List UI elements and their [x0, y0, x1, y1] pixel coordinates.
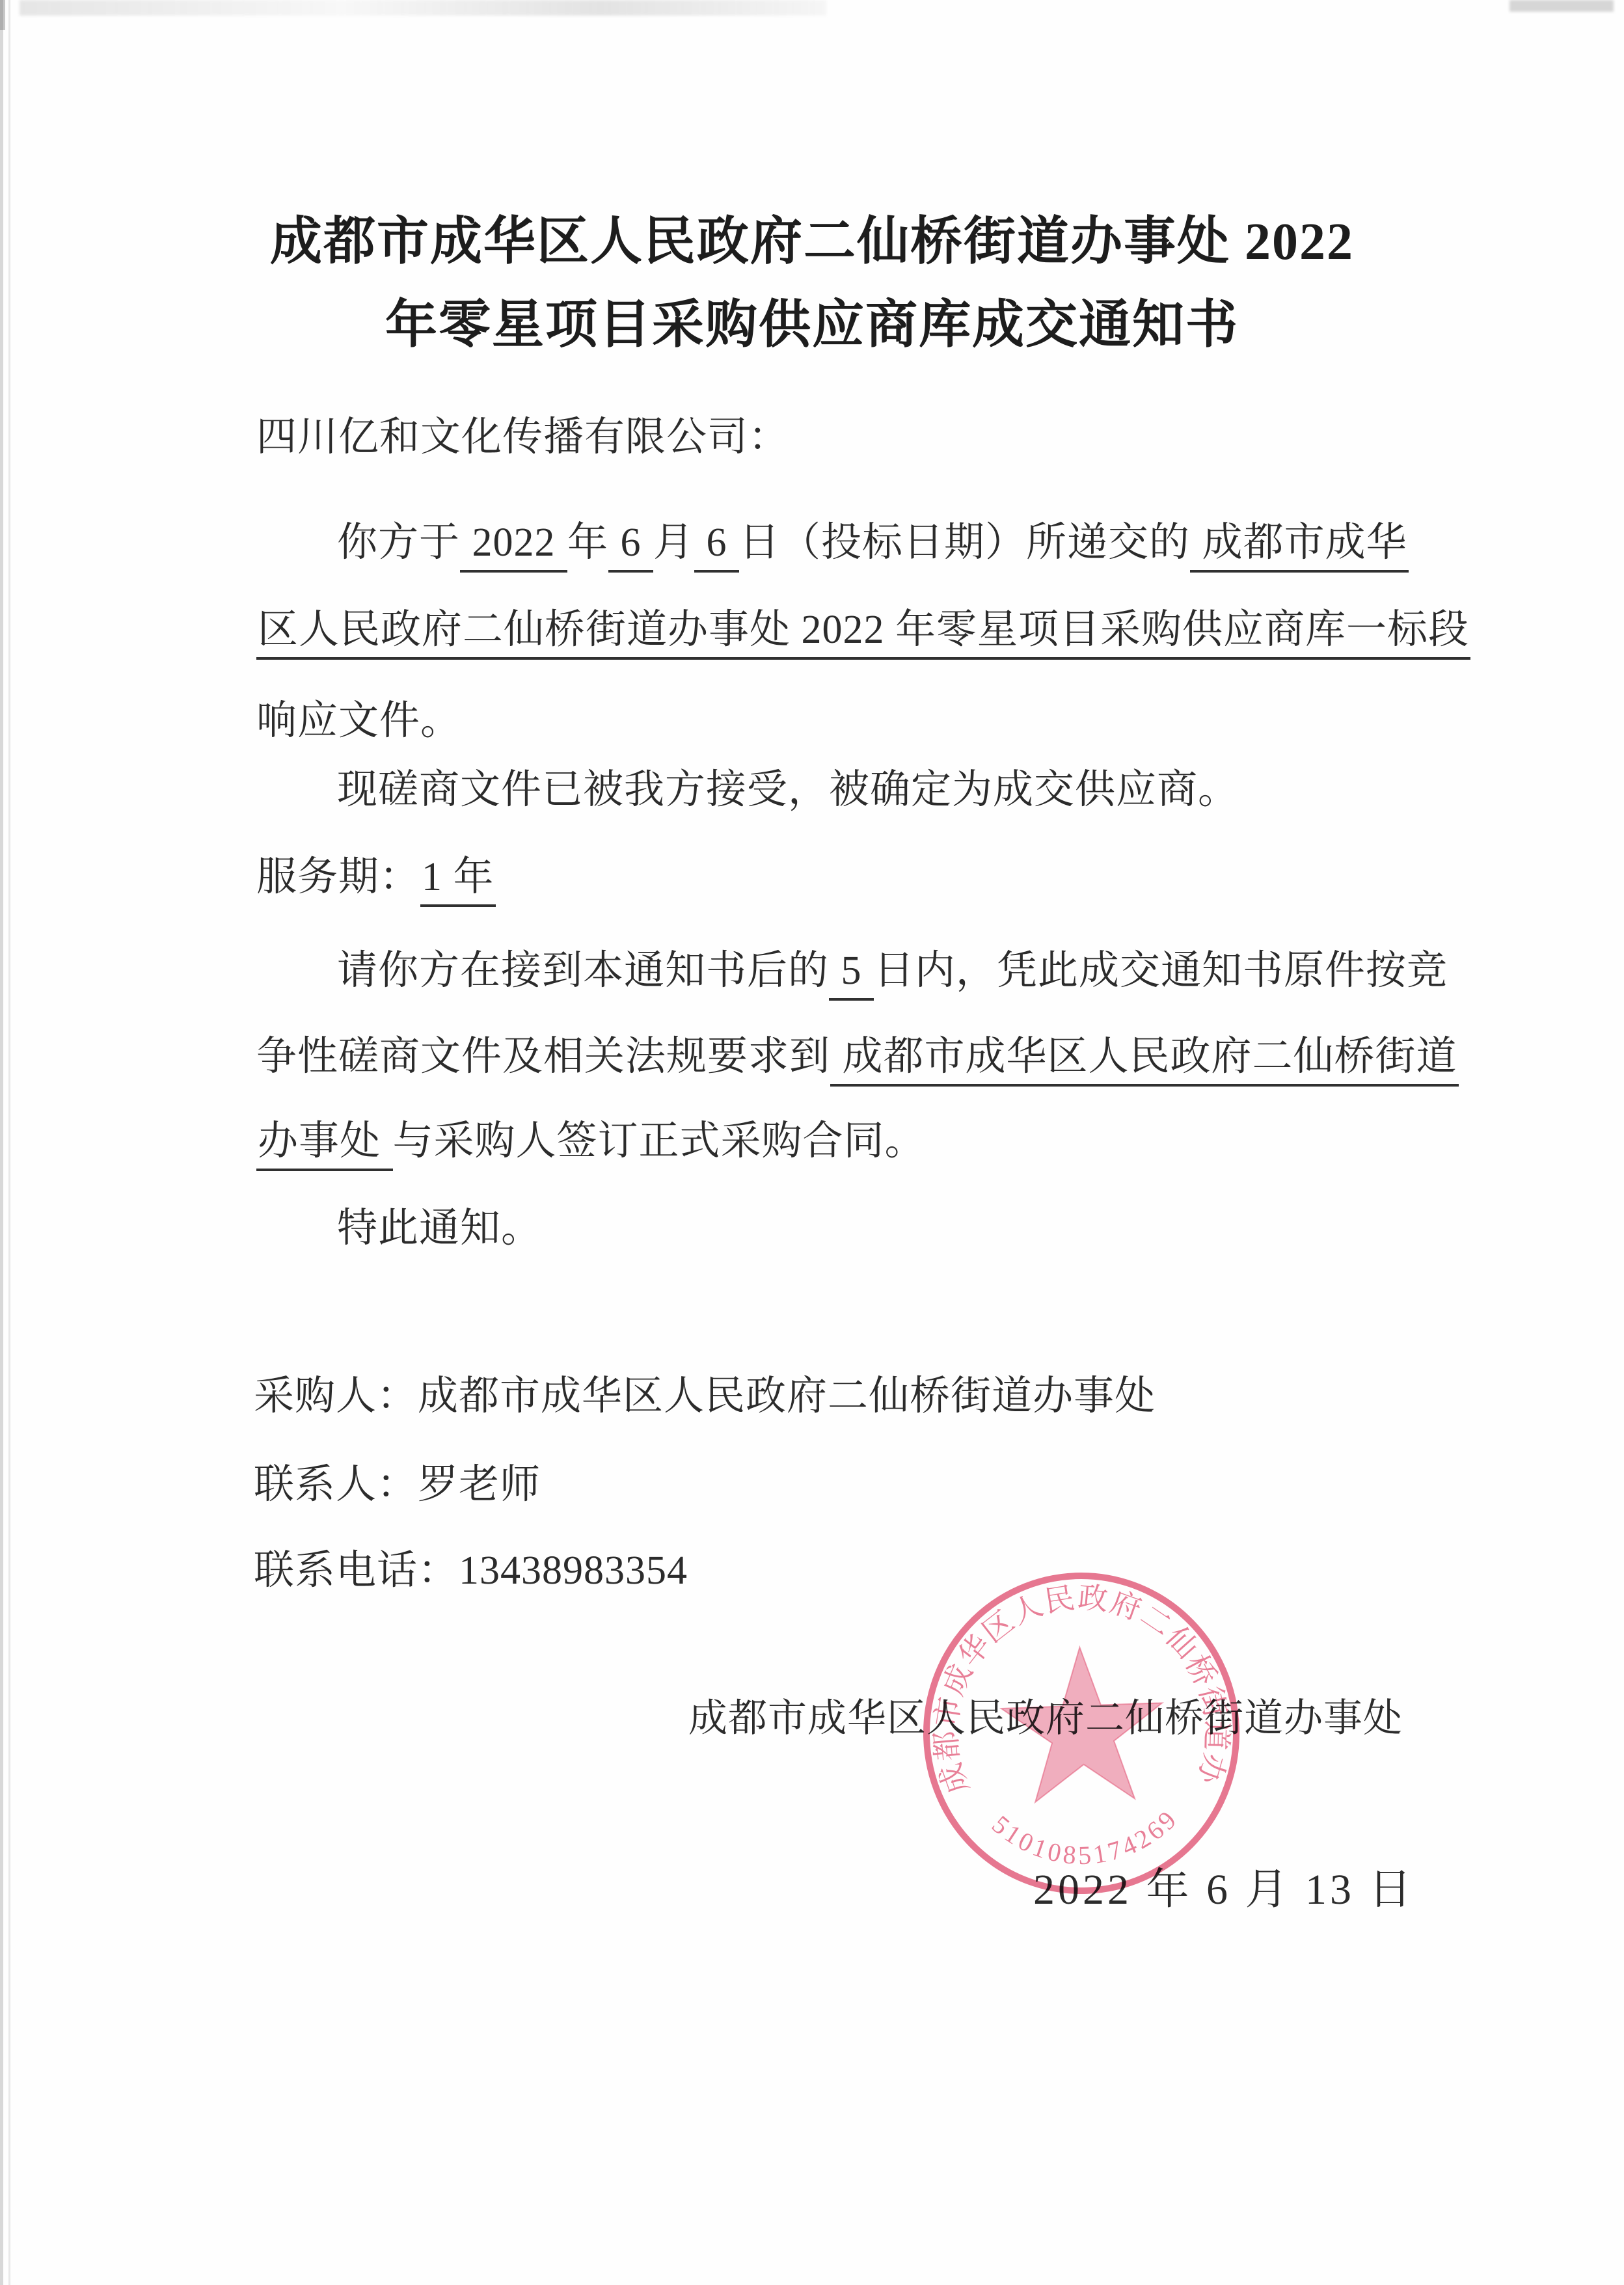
addressee-text: 四川亿和文化传播有限公司： — [256, 415, 789, 459]
filled-blank-project-name-part1: 成都市成华 — [1190, 521, 1409, 573]
body-paragraph4-line2: 争性磋商文件及相关法规要求到 成都市成华区人民政府二仙桥街道 — [256, 1033, 1459, 1081]
body-text: 现磋商文件已被我方接受，被确定为成交供应商。 — [337, 768, 1239, 812]
service-period-label: 服务期： — [256, 855, 420, 899]
contact-person-line: 联系人：罗老师 — [254, 1461, 541, 1509]
buyer-line: 采购人：成都市成华区人民政府二仙桥街道办事处 — [254, 1373, 1156, 1420]
filled-blank-bid-day: 6 — [694, 521, 739, 573]
filled-blank-project-name-part2: 区人民政府二仙桥街道办事处 2022 年零星项目采购供应商库一标段 — [256, 608, 1470, 660]
body-paragraph1-line1: 你方于 2022 年 6 月 6 日（投标日期）所递交的 成都市成华 — [337, 519, 1409, 567]
body-paragraph1-line2: 区人民政府二仙桥街道办事处 2022 年零星项目采购供应商库一标段 — [256, 606, 1470, 654]
filled-blank-org-name-part1: 成都市成华区人民政府二仙桥街道 — [830, 1034, 1459, 1087]
body-text: 日（投标日期）所递交的 — [739, 521, 1190, 565]
addressee-line: 四川亿和文化传播有限公司： — [256, 414, 789, 461]
star-icon — [999, 1645, 1165, 1804]
scan-artifact-top-smudge — [20, 0, 826, 16]
filled-blank-days: 5 — [829, 949, 874, 1001]
service-period-line: 服务期：1 年 — [256, 854, 496, 901]
filled-blank-org-name-part2: 办事处 — [256, 1119, 393, 1171]
scan-artifact-corner-mark — [0, 0, 5, 30]
closing-notice-line: 特此通知。 — [337, 1205, 542, 1252]
body-text: 争性磋商文件及相关法规要求到 — [256, 1034, 830, 1079]
buyer-text: 采购人：成都市成华区人民政府二仙桥街道办事处 — [254, 1374, 1156, 1418]
contact-phone-line: 联系电话：13438983354 — [254, 1547, 688, 1595]
filled-blank-bid-year: 2022 — [460, 521, 567, 573]
contact-person-text: 联系人：罗老师 — [254, 1463, 541, 1507]
body-text: 请你方在接到本通知书后的 — [337, 949, 829, 993]
body-text: 年 — [567, 521, 608, 565]
body-paragraph2: 现磋商文件已被我方接受，被确定为成交供应商。 — [337, 766, 1239, 814]
scan-artifact-top-right-smudge — [1509, 0, 1614, 12]
body-paragraph4-line1: 请你方在接到本通知书后的 5 日内，凭此成交通知书原件按竞 — [337, 947, 1448, 995]
body-text: 日内，凭此成交通知书原件按竞 — [874, 949, 1448, 993]
body-text: 月 — [653, 521, 694, 565]
closing-text: 特此通知。 — [337, 1206, 542, 1251]
document-title-line2: 年零星项目采购供应商库成交通知书 — [0, 282, 1624, 357]
body-paragraph1-line3: 响应文件。 — [256, 697, 461, 745]
seal-code-text: 5101085174269 — [986, 1802, 1185, 1873]
contact-phone-text: 联系电话：13438983354 — [254, 1548, 688, 1593]
body-text: 与采购人签订正式采购合同。 — [393, 1119, 926, 1163]
body-paragraph4-line3: 办事处 与采购人签订正式采购合同。 — [256, 1118, 926, 1165]
body-text: 你方于 — [337, 521, 460, 565]
filled-blank-service-period: 1 年 — [420, 855, 496, 907]
document-title-line1: 成都市成华区人民政府二仙桥街道办事处 2022 — [0, 199, 1624, 274]
document-page: 成都市成华区人民政府二仙桥街道办事处 2022 年零星项目采购供应商库成交通知书… — [0, 0, 1624, 2285]
body-text: 响应文件。 — [256, 699, 461, 743]
official-seal-stamp: 成都市成华区人民政府二仙桥街道办事处 5101085174269 — [913, 1565, 1249, 1901]
filled-blank-bid-month: 6 — [608, 521, 653, 573]
